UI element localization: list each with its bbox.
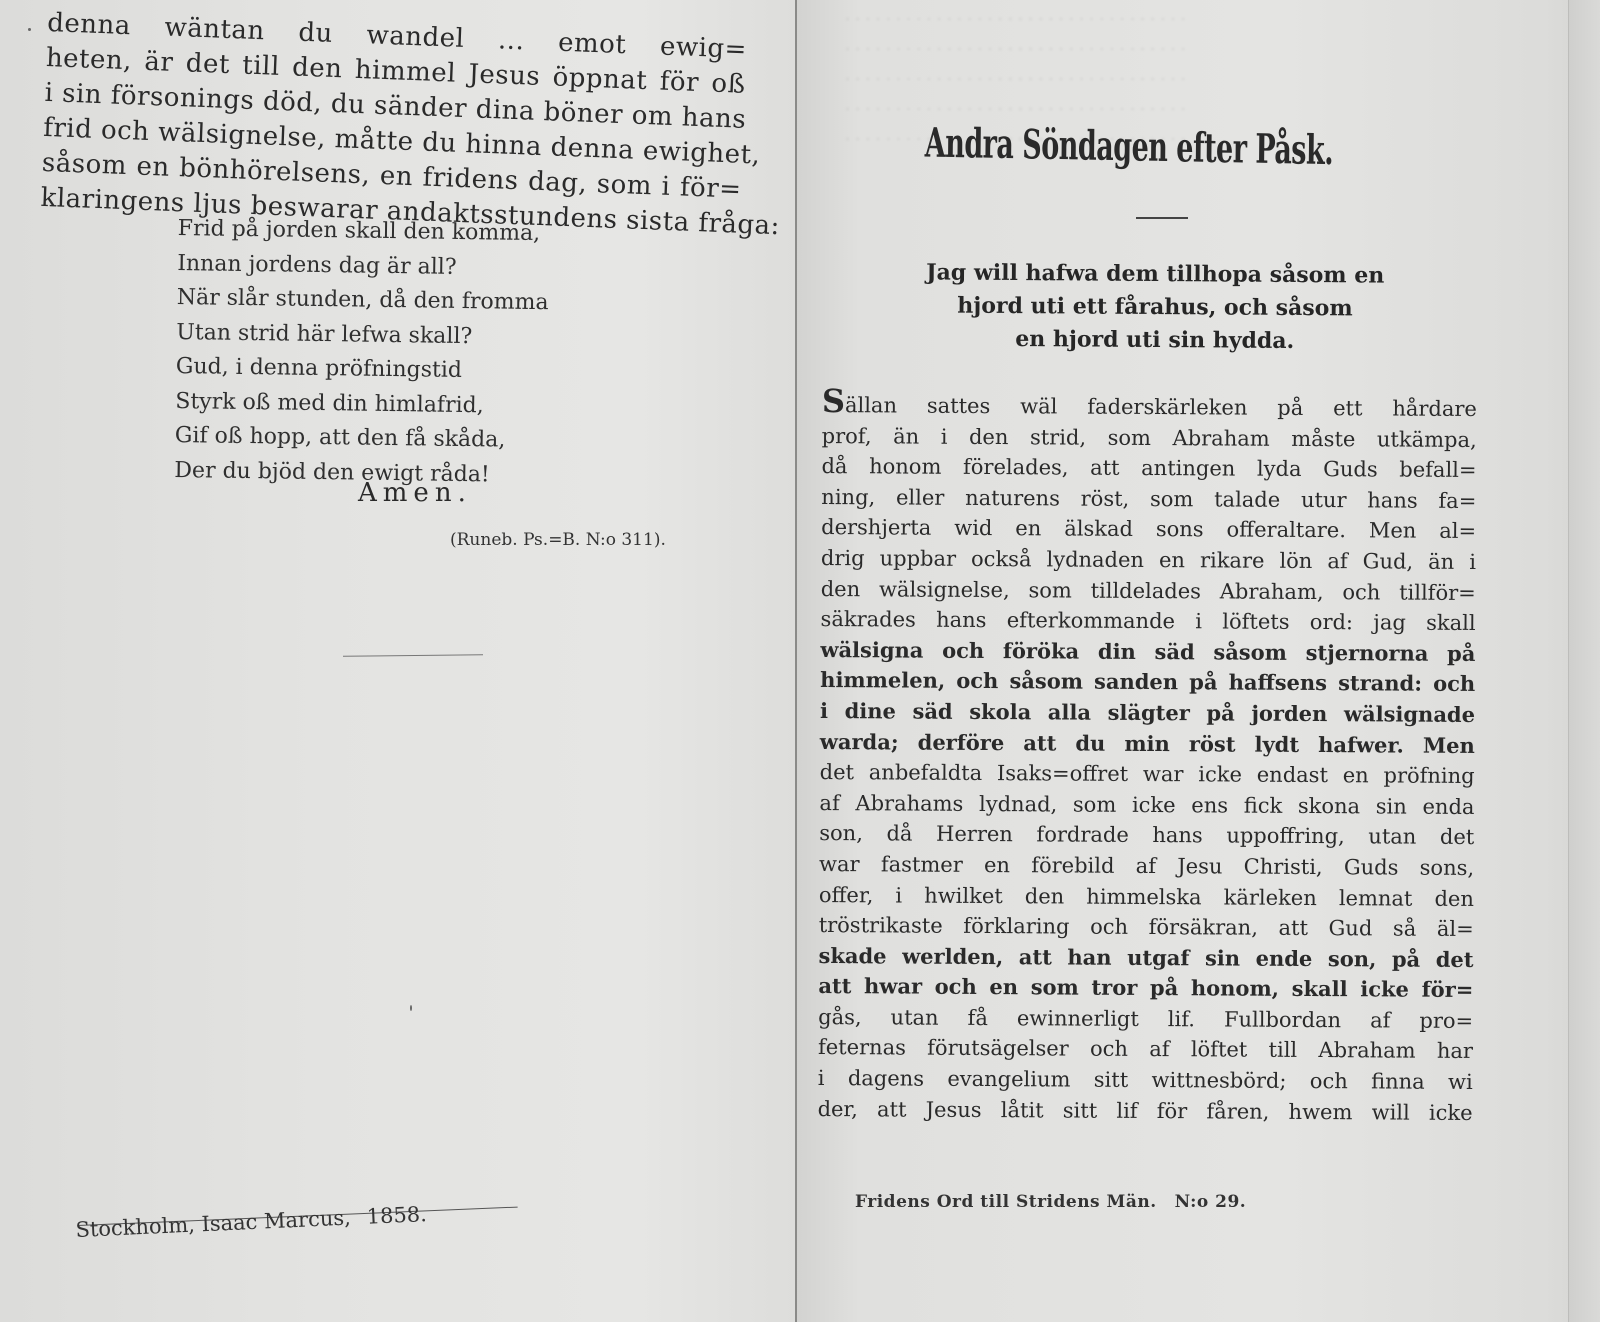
text-line: dershjerta wid en älskad sons offeraltar… — [821, 512, 1476, 547]
print-speck — [28, 28, 31, 31]
text-line: säkrades hans efterkommande i löftets or… — [821, 604, 1476, 639]
imprint-year: 1858. — [366, 1202, 427, 1229]
book-gutter — [795, 0, 797, 1322]
text-line-emphasis: wälsigna och föröka din säd såsom stjern… — [820, 635, 1475, 670]
print-speck — [410, 1005, 412, 1011]
page-title: Andra Söndagen efter Påsk. — [925, 120, 1395, 176]
text-line: offer, i hwilket den himmelska kärleken … — [819, 879, 1474, 914]
text-line: af Abrahams lydnad, som icke ens fick sk… — [819, 788, 1474, 823]
text-line: den wälsignelse, som tilldelades Abraham… — [821, 574, 1476, 609]
text-line: der, att Jesus låtit sitt lif för fåren,… — [818, 1094, 1473, 1129]
amen-text: Amen. — [358, 478, 472, 508]
right-page-body: Sällan sattes wäl faderskärleken på ett … — [818, 390, 1477, 1128]
drop-cap: S — [822, 382, 845, 420]
text-line-emphasis: skade werlden, att han utgaf sin ende so… — [818, 941, 1473, 976]
left-page-body: denna wäntan du wandel ... emot ewig= he… — [40, 6, 748, 243]
text-line: ning, eller naturens röst, som talade ut… — [821, 482, 1476, 517]
text-line: drig uppbar också lydnaden en rikare lön… — [821, 543, 1476, 578]
motto-line: Jag will hafwa dem tillhopa såsom en — [845, 256, 1465, 293]
text-line: tröstrikaste förklaring och försäkran, a… — [819, 910, 1474, 945]
verse-line: Frid på jorden skall den komma, — [178, 212, 618, 253]
page-footer: Fridens Ord till Stridens Män.N:o 29. — [855, 1192, 1246, 1212]
hymn-reference: (Runeb. Ps.=B. N:o 311). — [450, 530, 666, 550]
text-line: det anbefaldta Isaks=offret war icke end… — [820, 757, 1475, 792]
verse-line: Gif oß hopp, att den få skåda, — [175, 419, 615, 460]
verse-line: Gud, i denna pröfningstid — [176, 350, 616, 391]
text-line: feternas förutsägelser och af löftet til… — [818, 1032, 1473, 1067]
text-line-emphasis: himmelen, och såsom sanden på haffsens s… — [820, 665, 1475, 700]
text-line: Sällan sattes wäl faderskärleken på ett … — [822, 390, 1477, 425]
motto-line: hjord uti ett fårahus, och såsom — [845, 289, 1465, 326]
text-line: gås, utan få ewinnerligt lif. Fullbordan… — [818, 1002, 1473, 1037]
text-line: son, då Herren fordrade hans uppoffring,… — [819, 818, 1474, 853]
text-line-emphasis: att hwar och en som tror på honom, skall… — [818, 971, 1473, 1006]
verse-line: När slår stunden, då den fromma — [177, 281, 617, 322]
text-line: prof, än i den strid, som Abraham måste … — [822, 421, 1477, 456]
issue-number: N:o 29. — [1175, 1192, 1247, 1212]
bible-motto: Jag will hafwa dem tillhopa såsom en hjo… — [845, 256, 1466, 359]
text-line-emphasis: i dine säd skola alla slägter på jorden … — [820, 696, 1475, 731]
text-line: i dagens evangelium sitt wittnesbörd; oc… — [818, 1063, 1473, 1098]
title-divider — [1136, 217, 1188, 219]
text-line: war fastmer en förebild af Jesu Christi,… — [819, 849, 1474, 884]
text-line-emphasis: warda; derföre att du min röst lydt hafw… — [820, 727, 1475, 762]
hymn-verse: Frid på jorden skall den komma, Innan jo… — [174, 212, 618, 494]
page-edge — [1568, 0, 1600, 1322]
motto-line: en hjord uti sin hydda. — [845, 322, 1465, 359]
series-title: Fridens Ord till Stridens Män. — [855, 1192, 1157, 1212]
text-line: då honom förelades, att antingen lyda Gu… — [821, 451, 1476, 486]
